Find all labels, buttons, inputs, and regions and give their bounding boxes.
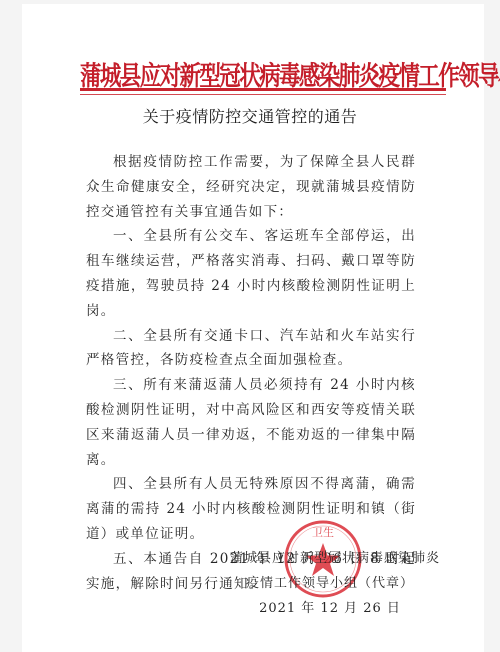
clause-4: 四、全县所有人员无特殊原因不得离蒲，确需离蒲的需持 24 小时内核酸检测阴性证明… [86, 472, 416, 546]
signature-block: 蒲城县应对新型冠状病毒感染肺炎 疫情工作领导小组（代章） 2021 年 12 月… [230, 546, 430, 621]
notice-body: 根据疫情防控工作需要，为了保障全县人民群众生命健康安全，经研究决定，现就蒲城县疫… [86, 150, 416, 596]
intro-paragraph: 根据疫情防控工作需要，为了保障全县人民群众生命健康安全，经研究决定，现就蒲城县疫… [86, 150, 416, 224]
notice-title: 关于疫情防控交通管控的通告 [0, 104, 500, 127]
seal-text: 卫生 [312, 525, 334, 539]
signature-org-line1: 蒲城县应对新型冠状病毒感染肺炎 [230, 546, 430, 571]
clause-3: 三、所有来蒲返蒲人员必须持有 24 小时内核酸检测阴性证明，对中高风险区和西安等… [86, 373, 416, 472]
clause-1: 一、全县所有公交车、客运班车全部停运，出租车继续运营，严格落实消毒、扫码、戴口罩… [86, 224, 416, 323]
header-red-rule [80, 88, 446, 91]
clause-2: 二、全县所有交通卡口、汽车站和火车站实行严格管控，各防疫检查点全面加强检查。 [86, 324, 416, 374]
signature-date: 2021 年 12 月 26 日 [230, 596, 430, 621]
signature-org-line2: 疫情工作领导小组（代章） [230, 571, 430, 596]
header-thin-rule [80, 94, 446, 95]
